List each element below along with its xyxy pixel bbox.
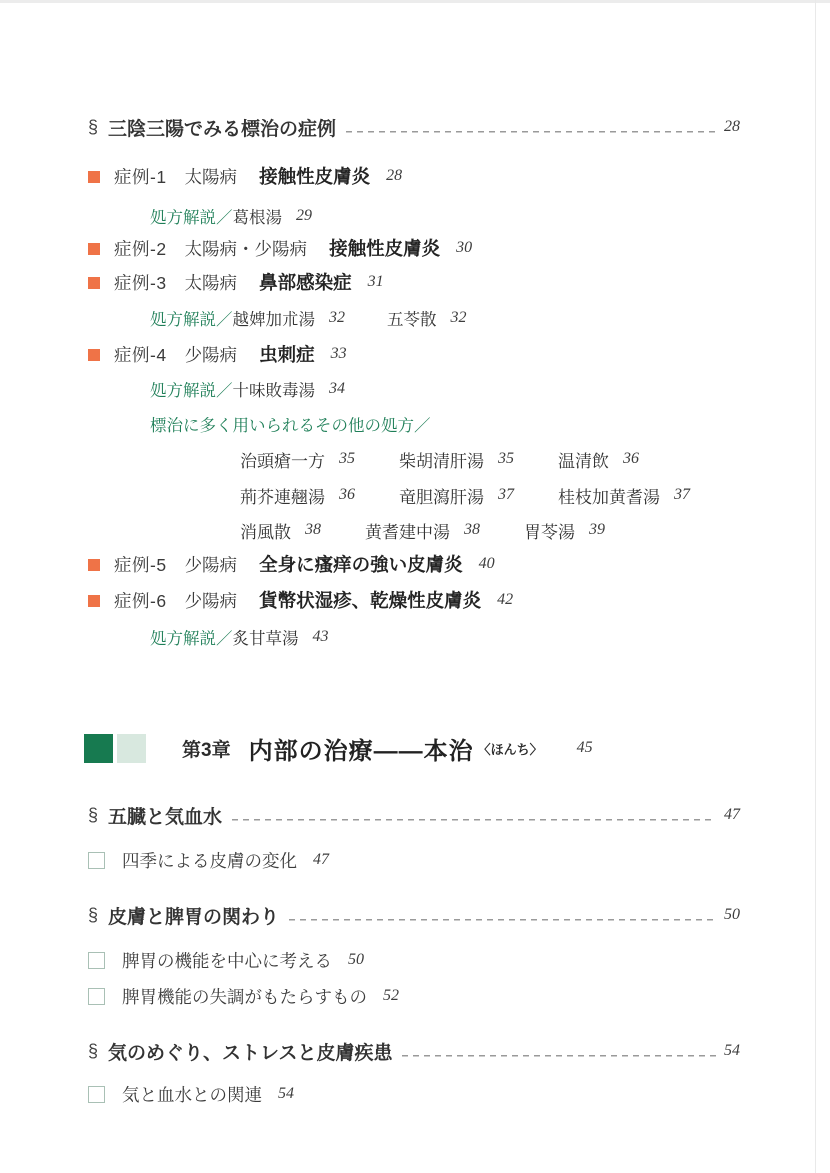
toc-page: § 三陰三陽でみる標治の症例 28 症例-1 太陽病 接触性皮膚炎 28 処方解… xyxy=(0,0,830,1173)
section-marker: § xyxy=(88,1041,98,1062)
herb-page-number: 43 xyxy=(313,628,329,646)
section-heading: § 五臓と気血水 47 xyxy=(88,800,740,830)
case-pattern: 少陽病 xyxy=(185,588,238,613)
open-square-bullet-icon xyxy=(88,988,105,1005)
case-disease: 全身に瘙痒の強い皮膚炎 xyxy=(259,551,463,577)
sub-entry-title: 気と血水との関連 xyxy=(122,1082,262,1107)
dotted-leader xyxy=(346,127,716,137)
case-disease: 貨幣状湿疹、乾燥性皮膚炎 xyxy=(259,587,481,613)
dotted-leader xyxy=(232,815,716,825)
chapter-reading: 〈ほんち〉 xyxy=(478,739,543,758)
herb-page-number: 35 xyxy=(339,450,355,468)
herb-page-number: 37 xyxy=(498,486,514,504)
prescription-label: 処方解説／ xyxy=(150,377,233,401)
case-label: 症例-4 xyxy=(114,342,167,367)
herb-name: 消風散 xyxy=(240,518,291,543)
case-page-number: 31 xyxy=(368,273,384,291)
case-disease: 接触性皮膚炎 xyxy=(329,235,440,261)
chapter-light-green-square-icon xyxy=(117,734,146,763)
section-title: 五臓と気血水 xyxy=(108,802,222,829)
chapter-number: 第3章 xyxy=(182,735,231,762)
sub-entry: 四季による皮膚の変化 47 xyxy=(88,846,740,874)
herb-page-number: 37 xyxy=(674,486,690,504)
orange-square-bullet-icon xyxy=(88,243,100,255)
herb-name: 炙甘草湯 xyxy=(233,625,299,649)
section-title: 三陰三陽でみる標治の症例 xyxy=(108,114,336,141)
prescription-entry: 処方解説／ 炙甘草湯 43 xyxy=(88,623,740,651)
sub-entry: 脾胃機能の失調がもたらすもの 52 xyxy=(88,982,740,1010)
case-page-number: 40 xyxy=(479,555,495,573)
sub-entry-page-number: 50 xyxy=(348,951,364,969)
case-page-number: 28 xyxy=(386,167,402,185)
case-page-number: 33 xyxy=(331,345,347,363)
open-square-bullet-icon xyxy=(88,1086,105,1103)
toc-content: § 三陰三陽でみる標治の症例 28 症例-1 太陽病 接触性皮膚炎 28 処方解… xyxy=(88,0,740,1108)
herb-name: 十味敗毒湯 xyxy=(233,377,316,401)
chapter-title: 内部の治療——本治 xyxy=(249,731,474,766)
herb-name: 胃苓湯 xyxy=(524,518,575,543)
open-square-bullet-icon xyxy=(88,952,105,969)
herb-name: 黄耆建中湯 xyxy=(365,518,450,543)
herb-name: 葛根湯 xyxy=(233,204,283,228)
herb-page-number: 39 xyxy=(589,521,605,539)
section-title: 気のめぐり、ストレスと皮膚疾患 xyxy=(108,1038,392,1065)
section-marker: § xyxy=(88,905,98,926)
section-title: 皮膚と脾胃の関わり xyxy=(108,902,279,929)
orange-square-bullet-icon xyxy=(88,595,100,607)
open-square-bullet-icon xyxy=(88,852,105,869)
section-marker: § xyxy=(88,805,98,826)
herb-page-number: 35 xyxy=(498,450,514,468)
case-entry: 症例-4 少陽病 虫刺症 33 xyxy=(88,340,740,368)
case-pattern: 少陽病 xyxy=(185,342,238,367)
sub-entry: 脾胃の機能を中心に考える 50 xyxy=(88,946,740,974)
herb-page-number: 32 xyxy=(329,309,345,327)
sub-entry-title: 四季による皮膚の変化 xyxy=(122,848,297,873)
case-entry: 症例-2 太陽病・少陽病 接触性皮膚炎 30 xyxy=(88,234,740,262)
herb-list-row: 荊芥連翹湯 36 竜胆瀉肝湯 37 桂枝加黄耆湯 37 xyxy=(88,481,740,509)
case-entry: 症例-5 少陽病 全身に瘙痒の強い皮膚炎 40 xyxy=(88,550,740,578)
sub-entry-title: 脾胃機能の失調がもたらすもの xyxy=(122,984,367,1009)
case-entry: 症例-6 少陽病 貨幣状湿疹、乾燥性皮膚炎 42 xyxy=(88,586,740,614)
prescription-label: 処方解説／ xyxy=(150,204,233,228)
chapter-heading: 第3章 内部の治療——本治 〈ほんち〉 45 xyxy=(84,730,740,766)
herb-name: 温清飲 xyxy=(558,447,609,472)
orange-square-bullet-icon xyxy=(88,559,100,571)
other-prescriptions-heading: 標治に多く用いられるその他の処方／ xyxy=(88,410,740,438)
sub-entry-page-number: 52 xyxy=(383,987,399,1005)
herb-list-row: 消風散 38 黄耆建中湯 38 胃苓湯 39 xyxy=(88,516,740,544)
herb-name: 柴胡清肝湯 xyxy=(399,447,484,472)
prescription-entry: 処方解説／ 十味敗毒湯 34 xyxy=(88,375,740,403)
case-label: 症例-6 xyxy=(114,588,167,613)
dotted-leader xyxy=(402,1051,716,1061)
case-pattern: 太陽病・少陽病 xyxy=(185,236,308,261)
case-label: 症例-3 xyxy=(114,270,167,295)
dotted-leader xyxy=(289,915,716,925)
herb-name: 桂枝加黄耆湯 xyxy=(558,483,660,508)
herb-page-number: 36 xyxy=(339,486,355,504)
scan-artifact-right xyxy=(815,0,816,1173)
herb-page-number: 36 xyxy=(623,450,639,468)
section-marker: § xyxy=(88,117,98,138)
case-page-number: 30 xyxy=(456,239,472,257)
chapter-page-number: 45 xyxy=(577,739,593,757)
section-page-number: 54 xyxy=(724,1042,740,1060)
section-heading: § 気のめぐり、ストレスと皮膚疾患 54 xyxy=(88,1036,740,1066)
herb-name: 五苓散 xyxy=(387,306,437,330)
section-page-number: 47 xyxy=(724,806,740,824)
case-label: 症例-5 xyxy=(114,552,167,577)
case-pattern: 少陽病 xyxy=(185,552,238,577)
prescription-entry: 処方解説／ 葛根湯 29 xyxy=(88,202,740,230)
case-disease: 鼻部感染症 xyxy=(259,269,352,295)
herb-name: 越婢加朮湯 xyxy=(233,306,316,330)
case-pattern: 太陽病 xyxy=(185,164,238,189)
other-prescriptions-label: 標治に多く用いられるその他の処方／ xyxy=(150,412,431,436)
case-label: 症例-2 xyxy=(114,236,167,261)
case-label: 症例-1 xyxy=(114,164,167,189)
section-page-number: 28 xyxy=(724,118,740,136)
chapter-dark-green-square-icon xyxy=(84,734,113,763)
sub-entry-page-number: 47 xyxy=(313,851,329,869)
herb-list-row: 治頭瘡一方 35 柴胡清肝湯 35 温清飲 36 xyxy=(88,445,740,473)
orange-square-bullet-icon xyxy=(88,349,100,361)
section-heading: § 三陰三陽でみる標治の症例 28 xyxy=(88,112,740,142)
herb-page-number: 32 xyxy=(451,309,467,327)
sub-entry-page-number: 54 xyxy=(278,1085,294,1103)
prescription-label: 処方解説／ xyxy=(150,306,233,330)
herb-page-number: 38 xyxy=(305,521,321,539)
section-page-number: 50 xyxy=(724,906,740,924)
herb-page-number: 38 xyxy=(464,521,480,539)
orange-square-bullet-icon xyxy=(88,171,100,183)
case-disease: 接触性皮膚炎 xyxy=(259,163,370,189)
herb-name: 治頭瘡一方 xyxy=(240,447,325,472)
herb-page-number: 34 xyxy=(329,380,345,398)
case-pattern: 太陽病 xyxy=(185,270,238,295)
sub-entry-title: 脾胃の機能を中心に考える xyxy=(122,948,332,973)
orange-square-bullet-icon xyxy=(88,277,100,289)
herb-name: 竜胆瀉肝湯 xyxy=(399,483,484,508)
case-entry: 症例-1 太陽病 接触性皮膚炎 28 xyxy=(88,162,740,190)
case-disease: 虫刺症 xyxy=(259,341,315,367)
case-page-number: 42 xyxy=(497,591,513,609)
herb-name: 荊芥連翹湯 xyxy=(240,483,325,508)
herb-page-number: 29 xyxy=(296,207,312,225)
sub-entry: 気と血水との関連 54 xyxy=(88,1080,740,1108)
prescription-entry: 処方解説／ 越婢加朮湯 32 五苓散 32 xyxy=(88,304,740,332)
section-heading: § 皮膚と脾胃の関わり 50 xyxy=(88,900,740,930)
prescription-label: 処方解説／ xyxy=(150,625,233,649)
case-entry: 症例-3 太陽病 鼻部感染症 31 xyxy=(88,268,740,296)
